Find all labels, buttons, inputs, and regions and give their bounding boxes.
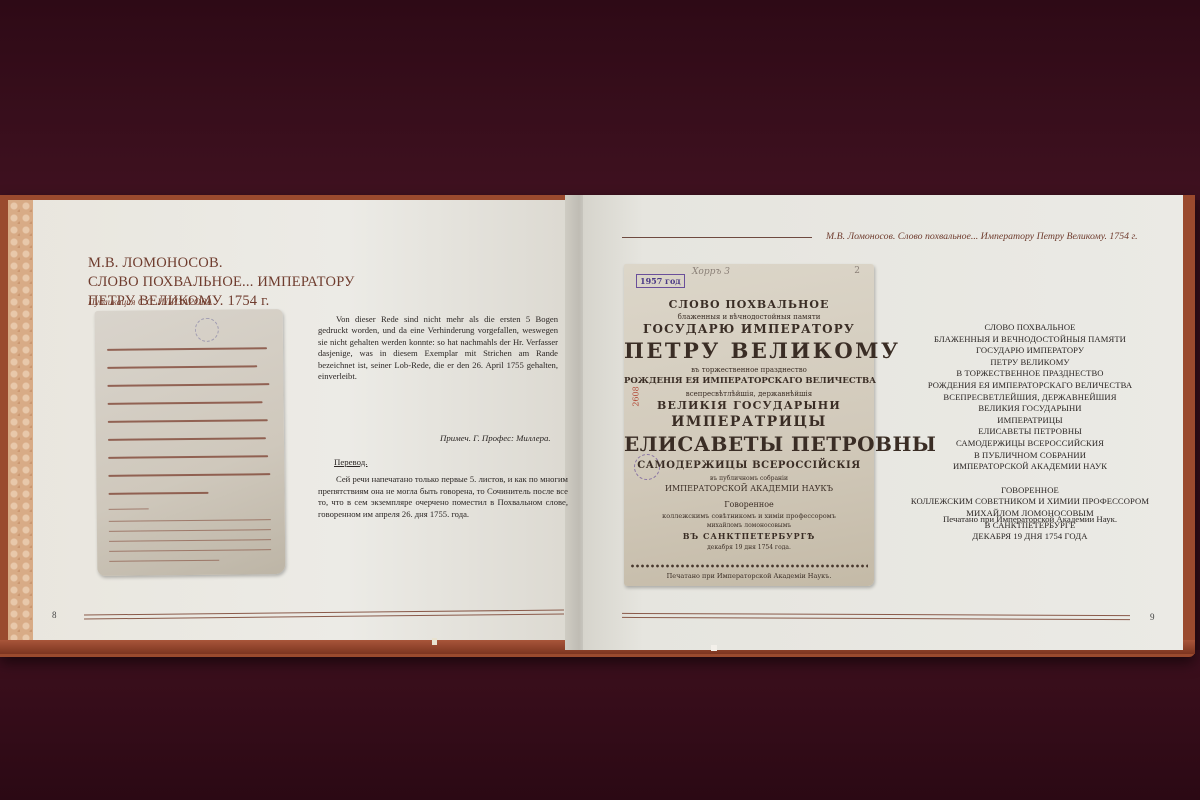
background-fabric-bottom bbox=[0, 650, 1200, 800]
header-rule bbox=[622, 237, 812, 238]
transcription-line: БЛАЖЕННЫЯ И ВЕЧНОДОСТОЙНЫЯ ПАМЯТИ bbox=[898, 334, 1162, 346]
facsimile-line: Говоренное bbox=[624, 500, 874, 509]
facsimile-line: декабря 19 дня 1754 года. bbox=[624, 544, 874, 551]
title-line: М.В. ЛОМОНОСОВ. bbox=[88, 254, 355, 273]
facsimile-line: ГОСУДАРЮ ИМПЕРАТОРУ bbox=[624, 322, 874, 336]
facsimile-line: въ торжественное празднество bbox=[624, 366, 874, 374]
transcription-line: ЕЛИСАВЕТЫ ПЕТРОВНЫ bbox=[898, 426, 1162, 438]
facsimile-line: РОЖДЕНІЯ ЕЯ ИМПЕРАТОРСКАГО ВЕЛИЧЕСТВА bbox=[624, 376, 874, 386]
page-number-right: 9 bbox=[1150, 612, 1155, 622]
facsimile-line: ВЪ САНКТПЕТЕРБУРГѢ bbox=[624, 531, 874, 541]
facsimile-line: ИМПЕРАТОРСКОЙ АКАДЕМІИ НАУКЪ bbox=[624, 484, 874, 493]
transcription-line: ИМПЕРАТОРСКОЙ АКАДЕМИИ НАУК bbox=[898, 461, 1162, 473]
transcription-line: ВСЕПРЕСВЕТЛЕЙШИЯ, ДЕРЖАВНЕЙШИЯ bbox=[898, 392, 1162, 404]
russian-translation-text: Сей речи напечатано только первые 5. лис… bbox=[318, 474, 568, 520]
facsimile-line: СЛОВО ПОХВАЛЬНОЕ bbox=[624, 298, 874, 311]
year-stamp: 1957 год bbox=[636, 274, 685, 288]
facsimile-line: михайломъ ломоносовымъ bbox=[624, 522, 874, 529]
transcription-line: В ПУБЛИЧНОМ СОБРАНИИ bbox=[898, 450, 1162, 462]
printed-at-note: Печатано при Императорской Академии Наук… bbox=[898, 514, 1162, 524]
facsimile-line: въ публичномъ собраніи bbox=[624, 475, 874, 482]
background-fabric-top bbox=[0, 0, 1200, 200]
note-attribution: Примеч. Г. Профес: Миллера. bbox=[440, 433, 551, 443]
translation-heading: Перевод. bbox=[334, 457, 367, 467]
facsimile-line: коллежскимъ совѣтникомъ и химіи профессо… bbox=[624, 512, 874, 520]
transcription-line: В ТОРЖЕСТВЕННОЕ ПРАЗДНЕСТВО bbox=[898, 368, 1162, 380]
transcription-line: ДЕКАБРЯ 19 ДНЯ 1754 ГОДА bbox=[898, 531, 1162, 543]
transcription-block: СЛОВО ПОХВАЛЬНОЕ БЛАЖЕННЫЯ И ВЕЧНОДОСТОЙ… bbox=[898, 322, 1162, 543]
manuscript-image bbox=[95, 309, 286, 576]
facsimile-line: Печатано при Императорской Академіи Наук… bbox=[624, 572, 874, 580]
seal-stamp-icon bbox=[195, 318, 219, 342]
transcription-line: ГОСУДАРЮ ИМПЕРАТОРУ bbox=[898, 345, 1162, 357]
title-page-facsimile: 1957 год Хорръ 3 2 2608 СЛОВО ПОХВАЛЬНОЕ… bbox=[624, 264, 874, 586]
bookmark-ribbon bbox=[711, 645, 717, 651]
transcription-line: ГОВОРЕННОЕ bbox=[898, 485, 1162, 497]
facsimile-line: САМОДЕРЖИЦЫ ВСЕРОССІЙСКІЯ bbox=[624, 460, 874, 471]
running-header: М.В. Ломоносов. Слово похвальное... Импе… bbox=[826, 231, 1138, 242]
facsimile-line: ИМПЕРАТРИЦЫ bbox=[624, 414, 874, 430]
german-note-text: Von dieser Rede sind nicht mehr als die … bbox=[318, 314, 558, 382]
facsimile-line: ПЕТРУ ВЕЛИКОМУ bbox=[624, 338, 874, 363]
transcription-line: РОЖДЕНИЯ ЕЯ ИМПЕРАТОРСКАГО ВЕЛИЧЕСТВА bbox=[898, 380, 1162, 392]
facsimile-line: ЕЛИСАВЕТЫ ПЕТРОВНЫ bbox=[624, 432, 874, 456]
transcription-line: ИМПЕРАТРИЦЫ bbox=[898, 415, 1162, 427]
transcription-line: СЛОВО ПОХВАЛЬНОЕ bbox=[898, 322, 1162, 334]
transcription-line: САМОДЕРЖИЦЫ ВСЕРОССИЙСКИЯ bbox=[898, 438, 1162, 450]
corner-number: 2 bbox=[854, 266, 860, 276]
bookmark-ribbon bbox=[432, 638, 437, 645]
ornament-dots bbox=[630, 564, 868, 568]
pencil-note: Хорръ 3 bbox=[692, 267, 730, 277]
page-number-left: 8 bbox=[52, 610, 57, 620]
facsimile-line: всепресвѣтлѣйшія, державнѣйшія bbox=[624, 390, 874, 398]
transcription-line: КОЛЛЕЖСКИМ СОВЕТНИКОМ И ХИМИИ ПРОФЕССОРО… bbox=[898, 496, 1162, 508]
title-line: СЛОВО ПОХВАЛЬНОЕ... ИМПЕРАТОРУ bbox=[88, 273, 355, 292]
transcription-line: ПЕТРУ ВЕЛИКОМУ bbox=[898, 357, 1162, 369]
facsimile-line: блаженныя и вѣчнодостойныя памяти bbox=[624, 313, 874, 321]
publication-credit: Публикация С.С. ИЛИЗАРОВА bbox=[88, 298, 212, 308]
transcription-line: ВЕЛИКИЯ ГОСУДАРЫНИ bbox=[898, 403, 1162, 415]
facsimile-line: ВЕЛИКІЯ ГОСУДАРЫНИ bbox=[624, 399, 874, 412]
ornamental-border bbox=[8, 200, 33, 640]
